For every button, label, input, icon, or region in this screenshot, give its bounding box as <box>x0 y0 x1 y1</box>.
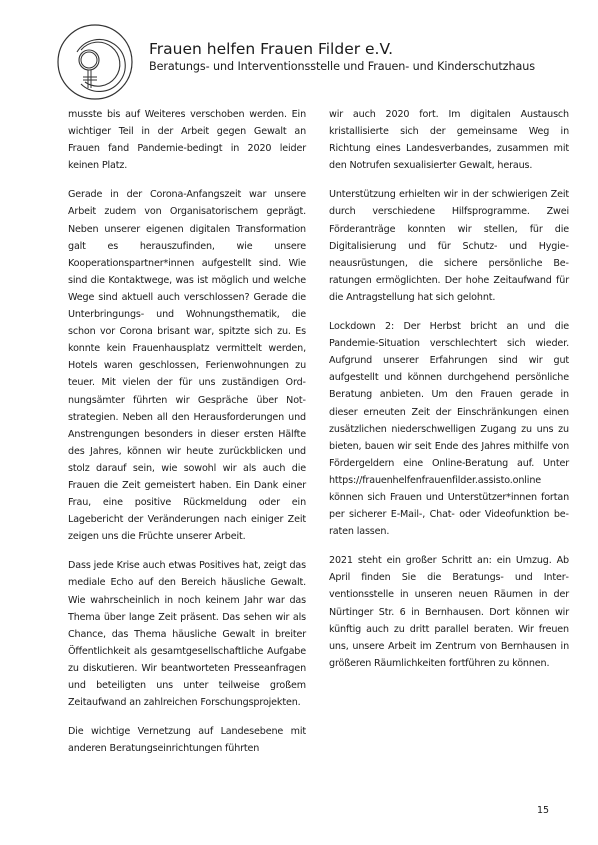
organization-subtitle: Beratungs- und Interventionsstelle und F… <box>149 60 535 73</box>
paragraph: 2021 steht ein großer Schritt an: ein Um… <box>329 552 569 672</box>
paragraph: Dass jede Krise auch etwas Positives hat… <box>68 557 306 711</box>
venus-logo-icon <box>55 22 135 102</box>
paragraph: wir auch 2020 fort. Im digitalen Austaus… <box>329 106 569 174</box>
paragraph: Gerade in der Corona-Anfangszeit war uns… <box>68 186 306 545</box>
document-page: Frauen helfen Frauen Filder e.V. Beratun… <box>0 0 598 845</box>
right-column: wir auch 2020 fort. Im digitalen Austaus… <box>329 106 569 684</box>
paragraph: musste bis auf Weiteres verschoben werde… <box>68 106 306 174</box>
paragraph: Unterstützung erhielten wir in der schwi… <box>329 186 569 306</box>
paragraph: Lockdown 2: Der Herbst bricht an und die… <box>329 318 569 540</box>
paragraph: Die wichtige Vernetzung auf Landesebene … <box>68 723 306 757</box>
organization-title: Frauen helfen Frauen Filder e.V. <box>149 40 393 58</box>
left-column: musste bis auf Weiteres verschoben werde… <box>68 106 306 769</box>
page-number: 15 <box>537 805 549 816</box>
